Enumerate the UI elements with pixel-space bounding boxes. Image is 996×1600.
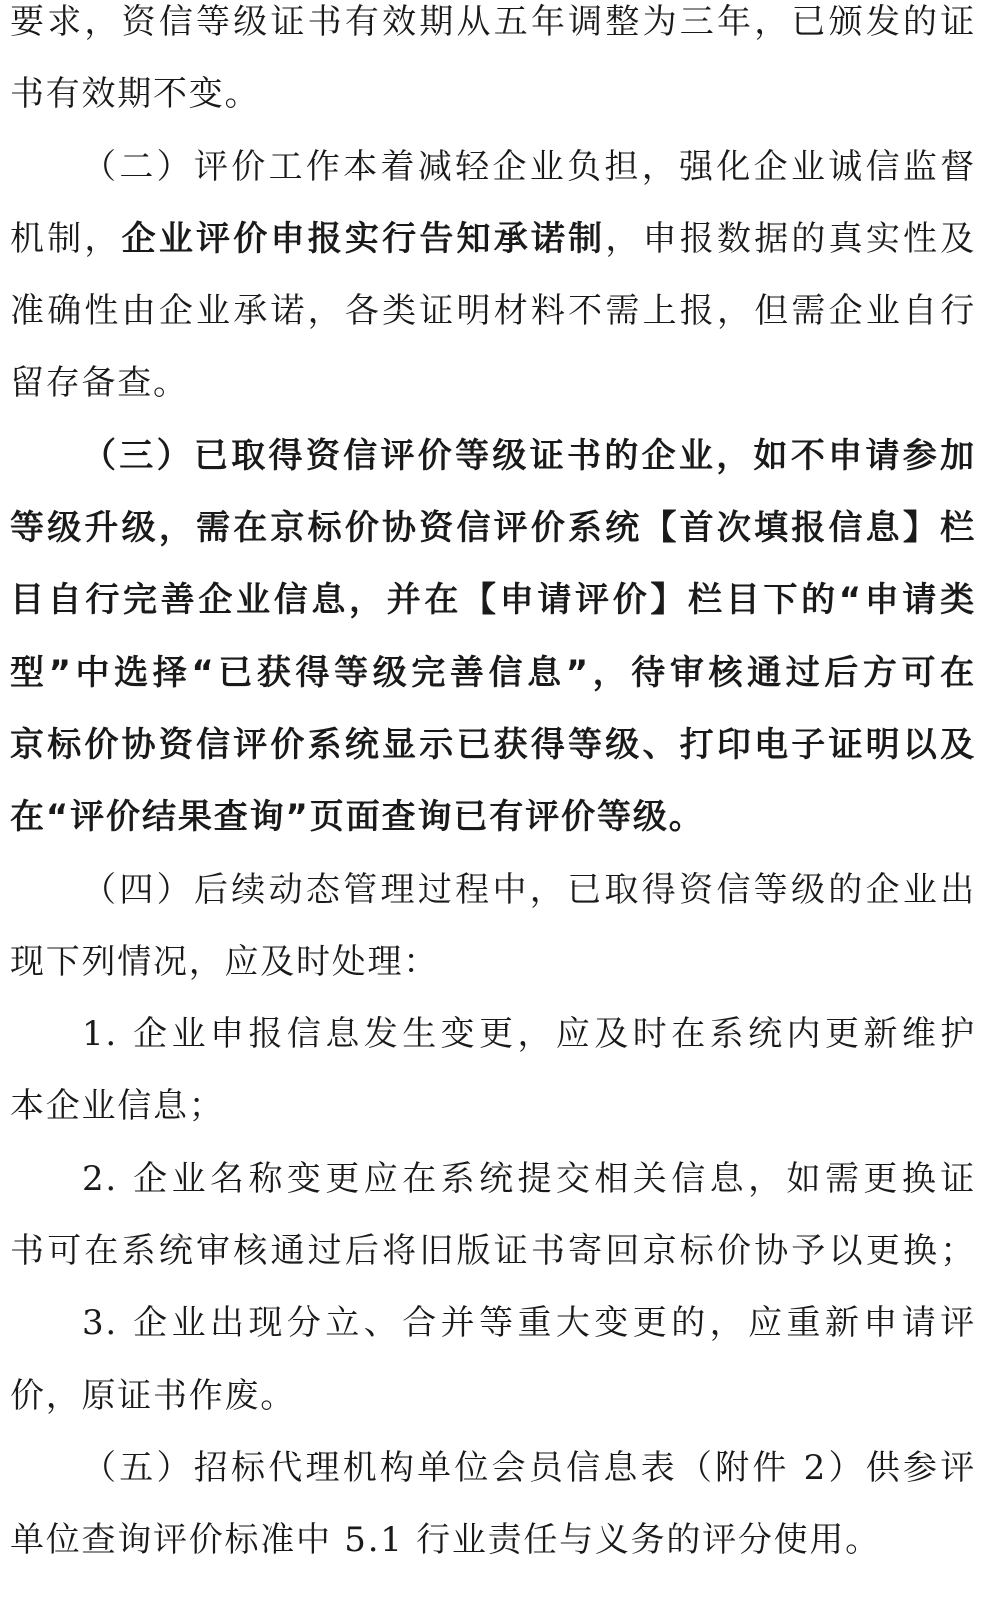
section-3-line-2: 等级升级，需在京标价协资信评价系统【首次填报信息】栏 xyxy=(10,492,976,564)
section-2-line-1: （二）评价工作本着减轻企业负担，强化企业诚信监督 xyxy=(10,131,976,203)
item-1-line-2: 本企业信息； xyxy=(10,1070,976,1142)
section-3-line-3: 目自行完善企业信息，并在【申请评价】栏目下的“申请类 xyxy=(10,564,976,636)
section-2-text: 机制， xyxy=(10,219,122,259)
item-2-line-1: 2. 企业名称变更应在系统提交相关信息，如需更换证 xyxy=(10,1143,976,1215)
item-3-line-2: 价，原证书作废。 xyxy=(10,1360,976,1432)
paragraph-continuation-line-2: 书有效期不变。 xyxy=(10,58,976,130)
section-3-line-4: 型”中选择“已获得等级完善信息”，待审核通过后方可在 xyxy=(10,637,976,709)
section-2-line-2: 机制，企业评价申报实行告知承诺制，申报数据的真实性及 xyxy=(10,203,976,275)
section-5-line-2: 单位查询评价标准中 5.1 行业责任与义务的评分使用。 xyxy=(10,1504,976,1576)
section-3-line-1: （三）已取得资信评价等级证书的企业，如不申请参加 xyxy=(10,420,976,492)
section-2-line-4: 留存备查。 xyxy=(10,347,976,419)
section-4-line-1: （四）后续动态管理过程中，已取得资信等级的企业出 xyxy=(10,854,976,926)
document-page: 要求，资信等级证书有效期从五年调整为三年，已颁发的证 书有效期不变。 （二）评价… xyxy=(10,0,976,1577)
section-2-emphasis: 企业评价申报实行告知承诺制 xyxy=(122,219,606,259)
item-2-line-2: 书可在系统审核通过后将旧版证书寄回京标价协予以更换； xyxy=(10,1215,976,1287)
item-1-line-1: 1. 企业申报信息发生变更，应及时在系统内更新维护 xyxy=(10,998,976,1070)
section-5-line-1: （五）招标代理机构单位会员信息表（附件 2）供参评 xyxy=(10,1432,976,1504)
item-3-line-1: 3. 企业出现分立、合并等重大变更的，应重新申请评 xyxy=(10,1287,976,1359)
section-3-line-6: 在“评价结果查询”页面查询已有评价等级。 xyxy=(10,781,976,853)
paragraph-continuation-line-1: 要求，资信等级证书有效期从五年调整为三年，已颁发的证 xyxy=(10,0,976,58)
section-2-text: ，申报数据的真实性及 xyxy=(605,219,976,259)
section-3-line-5: 京标价协资信评价系统显示已获得等级、打印电子证明以及 xyxy=(10,709,976,781)
section-4-line-2: 现下列情况，应及时处理： xyxy=(10,926,976,998)
section-2-line-3: 准确性由企业承诺，各类证明材料不需上报，但需企业自行 xyxy=(10,275,976,347)
